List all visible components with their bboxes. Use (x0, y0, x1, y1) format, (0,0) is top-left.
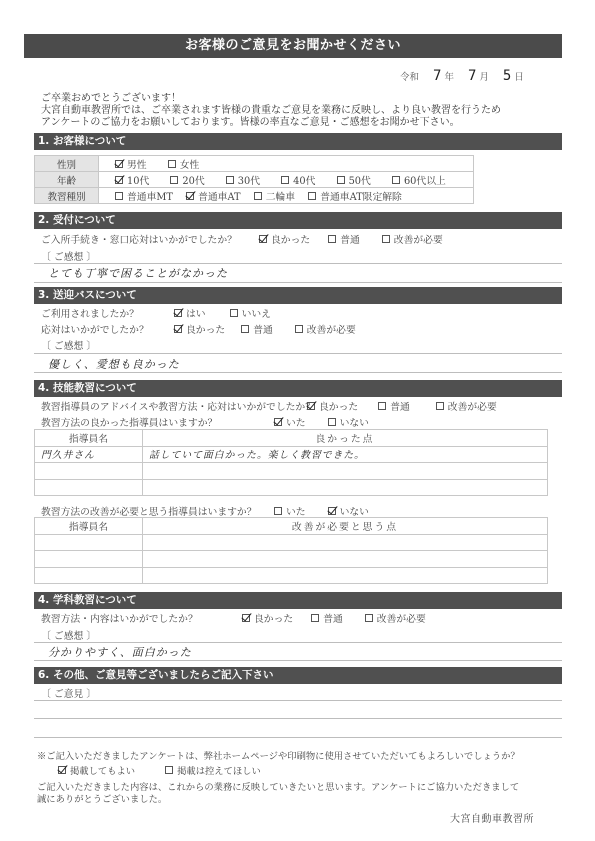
good-instructor-yes-checkbox[interactable]: いた (274, 415, 306, 429)
instructor-name-cell[interactable] (35, 567, 143, 584)
gender-row: 性別 男性 女性 (35, 156, 474, 172)
checkbox-empty-icon (274, 507, 282, 515)
divider (34, 660, 562, 661)
table-row (35, 567, 548, 584)
course-type-options: 普通車MT 普通車AT 二輪車 普通車AT限定解除 (99, 188, 474, 204)
reception-comment-field[interactable]: とても丁寧で困ることがなかった (48, 265, 228, 281)
bus-usage-question: ご利用されましたか？ (41, 306, 174, 320)
good-instructor-question: 教習方法の良かった指導員はいますか？ (41, 415, 274, 429)
bus-service-improve-checkbox[interactable]: 改善が必要 (295, 322, 356, 336)
reception-question: ご入所手続き・窓口応対はいかがでしたか？ (41, 232, 259, 246)
bus-comment-label: 〔 ご感想 〕 (41, 338, 96, 352)
date-month-unit: 月 (479, 69, 489, 83)
checkbox-checked-icon (174, 325, 182, 333)
checkbox-empty-icon (378, 402, 386, 410)
checkbox-checked-icon (115, 160, 123, 168)
date-day-field[interactable]: 5 (503, 68, 511, 84)
instructor-name-header: 指導員名 (35, 430, 143, 447)
skill-instruction-question: 教習指導員のアドバイスや教習方法・応対はいかがでしたか？ (41, 399, 307, 413)
instructor-name-cell[interactable] (35, 479, 143, 496)
other-comment-line-3[interactable] (34, 737, 562, 738)
course-type-label: 教習種別 (35, 188, 99, 204)
good-instructor-row: 教習方法の良かった指導員はいますか？ いた いない (41, 415, 383, 429)
bus-service-question: 応対はいかがでしたか？ (41, 322, 174, 336)
improve-instructor-row: 教習方法の改善が必要と思う指導員はいますか？ いた いない (41, 504, 383, 518)
checkbox-empty-icon (226, 176, 234, 184)
checkbox-empty-icon (295, 325, 303, 333)
age-40s-checkbox[interactable]: 40代 (281, 173, 315, 187)
classroom-question-row: 教習方法・内容はいかがでしたか？ 良かった 普通 改善が必要 (41, 611, 440, 625)
date-era: 令和 (400, 69, 419, 83)
instructor-name-cell[interactable] (35, 534, 143, 551)
course-motorcycle-checkbox[interactable]: 二輪車 (254, 189, 295, 203)
classroom-comment-field[interactable]: 分かりやすく、面白かった (48, 644, 192, 660)
intro-line-3: アンケートのご協力をお願いしております。皆様の率直なご意見・ご感想をお聞かせ下さ… (41, 117, 571, 129)
skill-good-checkbox[interactable]: 良かった (307, 399, 358, 413)
bus-usage-no-checkbox[interactable]: いいえ (230, 306, 271, 320)
classroom-improve-checkbox[interactable]: 改善が必要 (365, 611, 426, 625)
section-5-header: 4. 学科教習について (34, 592, 562, 609)
age-60s-plus-checkbox[interactable]: 60代以上 (392, 173, 446, 187)
checkbox-empty-icon (337, 176, 345, 184)
checkbox-checked-icon (58, 766, 66, 774)
checkbox-checked-icon (115, 176, 123, 184)
checkbox-checked-icon (186, 192, 194, 200)
section-6-header: 6. その他、ご意見等ございましたらご記入下さい (34, 667, 562, 684)
checkbox-empty-icon (115, 192, 123, 200)
consent-question: ※ご記入いただきましたアンケートは、弊社ホームページや印刷物に使用させていただい… (37, 748, 520, 762)
skill-instruction-row: 教習指導員のアドバイスや教習方法・応対はいかがでしたか？ 良かった 普通 改善が… (41, 399, 511, 413)
checkbox-empty-icon (230, 309, 238, 317)
checkbox-checked-icon (259, 235, 267, 243)
bus-comment-field[interactable]: 優しく、愛想も良かった (48, 356, 180, 372)
school-signature: 大宮自動車教習所 (450, 810, 534, 825)
improve-points-header: 改善が必要と思う点 (143, 518, 548, 535)
course-type-row: 教習種別 普通車MT 普通車AT 二輪車 普通車AT限定解除 (35, 188, 474, 204)
improve-instructor-no-checkbox[interactable]: いない (328, 504, 369, 518)
age-options: 10代 20代 30代 40代 50代 60代以上 (99, 172, 474, 188)
table-header-row: 指導員名 良かった点 (35, 430, 548, 447)
table-row (35, 479, 548, 496)
date-month-field[interactable]: 7 (468, 68, 476, 84)
checkbox-empty-icon (382, 235, 390, 243)
age-row: 年齢 10代 20代 30代 40代 50代 60代以上 (35, 172, 474, 188)
improve-instructor-table: 指導員名 改善が必要と思う点 (34, 517, 548, 584)
skill-normal-checkbox[interactable]: 普通 (378, 399, 410, 413)
reception-question-row: ご入所手続き・窓口応対はいかがでしたか？ 良かった 普通 改善が必要 (41, 232, 457, 246)
classroom-question: 教習方法・内容はいかがでしたか？ (41, 611, 242, 625)
instructor-name-cell[interactable]: 門久井さん (35, 446, 143, 463)
reception-comment-label: 〔 ご感想 〕 (41, 249, 96, 263)
consent-allow-checkbox[interactable]: 掲載してもよい (58, 763, 135, 777)
classroom-good-checkbox[interactable]: 良かった (242, 611, 293, 625)
good-points-header: 良かった点 (143, 430, 548, 447)
age-30s-checkbox[interactable]: 30代 (226, 173, 260, 187)
consent-options-row: 掲載してもよい 掲載は控えてほしい (58, 763, 275, 777)
bus-service-good-checkbox[interactable]: 良かった (174, 322, 225, 336)
improve-instructor-yes-checkbox[interactable]: いた (274, 504, 306, 518)
checkbox-empty-icon (328, 418, 336, 426)
checkbox-checked-icon (328, 507, 336, 515)
course-at-limit-removal-checkbox[interactable]: 普通車AT限定解除 (308, 189, 402, 203)
checkbox-empty-icon (436, 402, 444, 410)
consent-decline-checkbox[interactable]: 掲載は控えてほしい (165, 763, 261, 777)
date-year-unit: 年 (444, 69, 454, 83)
bus-service-row: 応対はいかがでしたか？ 良かった 普通 改善が必要 (41, 322, 370, 336)
date-day-unit: 日 (514, 69, 524, 83)
table-header-row: 指導員名 改善が必要と思う点 (35, 518, 548, 535)
page-title: お客様のご意見をお聞かせください (24, 34, 562, 58)
checkbox-empty-icon (168, 160, 176, 168)
course-at-checkbox[interactable]: 普通車AT (186, 189, 240, 203)
section-2-header: 2. 受付について (34, 212, 562, 229)
other-comment-label: 〔 ご意見 〕 (41, 686, 96, 700)
table-row (35, 463, 548, 480)
checkbox-empty-icon (308, 192, 316, 200)
other-comment-line-2[interactable] (34, 718, 562, 719)
divider (34, 353, 562, 354)
gender-female-checkbox[interactable]: 女性 (168, 157, 200, 171)
checkbox-checked-icon (274, 418, 282, 426)
divider (34, 642, 562, 643)
improve-points-cell[interactable] (143, 534, 548, 551)
reception-normal-checkbox[interactable]: 普通 (328, 232, 360, 246)
closing-message-line-1: ご記入いただきました内容は、これからの業務に反映していきたいと思います。アンケー… (37, 782, 567, 794)
good-instructor-no-checkbox[interactable]: いない (328, 415, 369, 429)
intro-line-2: 大宮自動車教習所では、ご卒業されます皆様の貴重なご意見を業務に反映し、より良い教… (41, 105, 571, 117)
checkbox-empty-icon (311, 614, 319, 622)
gender-label: 性別 (35, 156, 99, 172)
section-1-header: 1. お客様について (34, 133, 562, 150)
section-3-header: 3. 送迎バスについて (34, 287, 562, 304)
intro-text: ご卒業おめでとうございます！ 大宮自動車教習所では、ご卒業されます皆様の貴重なご… (41, 93, 571, 129)
instructor-name-header: 指導員名 (35, 518, 143, 535)
course-mt-checkbox[interactable]: 普通車MT (115, 189, 173, 203)
reception-good-checkbox[interactable]: 良かった (259, 232, 310, 246)
instructor-name-cell[interactable] (35, 463, 143, 480)
section-4-header: 4. 技能教習について (34, 380, 562, 397)
date-year-field[interactable]: 7 (433, 68, 441, 84)
checkbox-checked-icon (174, 309, 182, 317)
good-points-cell[interactable] (143, 463, 548, 480)
checkbox-empty-icon (165, 766, 173, 774)
bus-usage-yes-checkbox[interactable]: はい (174, 306, 206, 320)
bus-service-normal-checkbox[interactable]: 普通 (241, 322, 273, 336)
classroom-comment-label: 〔 ご感想 〕 (41, 628, 96, 642)
age-10s-checkbox[interactable]: 10代 (115, 173, 149, 187)
checkbox-empty-icon (281, 176, 289, 184)
skill-improve-checkbox[interactable]: 改善が必要 (436, 399, 497, 413)
good-points-cell[interactable]: 話していて面白かった。楽しく教習できた。 (143, 446, 548, 463)
other-comment-line-1[interactable] (34, 700, 562, 701)
checkbox-empty-icon (254, 192, 262, 200)
checkbox-checked-icon (307, 402, 315, 410)
survey-date: 令和 7 年 7 月 5 日 (400, 68, 560, 84)
age-50s-checkbox[interactable]: 50代 (337, 173, 371, 187)
bus-usage-row: ご利用されましたか？ はい いいえ (41, 306, 285, 320)
closing-message-line-2: 誠にありがとうございました。 (37, 794, 567, 806)
improve-instructor-question: 教習方法の改善が必要と思う指導員はいますか？ (41, 504, 274, 518)
checkbox-empty-icon (392, 176, 400, 184)
checkbox-empty-icon (170, 176, 178, 184)
table-row (35, 551, 548, 568)
customer-info-table: 性別 男性 女性 年齢 10代 20代 30代 40代 50代 60代以上 教習… (34, 155, 474, 204)
divider (34, 282, 562, 283)
improve-points-cell[interactable] (143, 567, 548, 584)
divider (34, 372, 562, 373)
checkbox-empty-icon (241, 325, 249, 333)
intro-line-1: ご卒業おめでとうございます！ (41, 93, 571, 105)
divider (34, 263, 562, 264)
table-row: 門久井さん 話していて面白かった。楽しく教習できた。 (35, 446, 548, 463)
good-instructor-table: 指導員名 良かった点 門久井さん 話していて面白かった。楽しく教習できた。 (34, 429, 548, 496)
gender-male-checkbox[interactable]: 男性 (115, 157, 147, 171)
instructor-name-cell[interactable] (35, 551, 143, 568)
age-label: 年齢 (35, 172, 99, 188)
checkbox-empty-icon (365, 614, 373, 622)
closing-message: ご記入いただきました内容は、これからの業務に反映していきたいと思います。アンケー… (37, 782, 567, 806)
table-row (35, 534, 548, 551)
checkbox-empty-icon (328, 235, 336, 243)
good-points-cell[interactable] (143, 479, 548, 496)
gender-options: 男性 女性 (99, 156, 474, 172)
reception-improve-checkbox[interactable]: 改善が必要 (382, 232, 443, 246)
checkbox-checked-icon (242, 614, 250, 622)
improve-points-cell[interactable] (143, 551, 548, 568)
age-20s-checkbox[interactable]: 20代 (170, 173, 204, 187)
classroom-normal-checkbox[interactable]: 普通 (311, 611, 343, 625)
